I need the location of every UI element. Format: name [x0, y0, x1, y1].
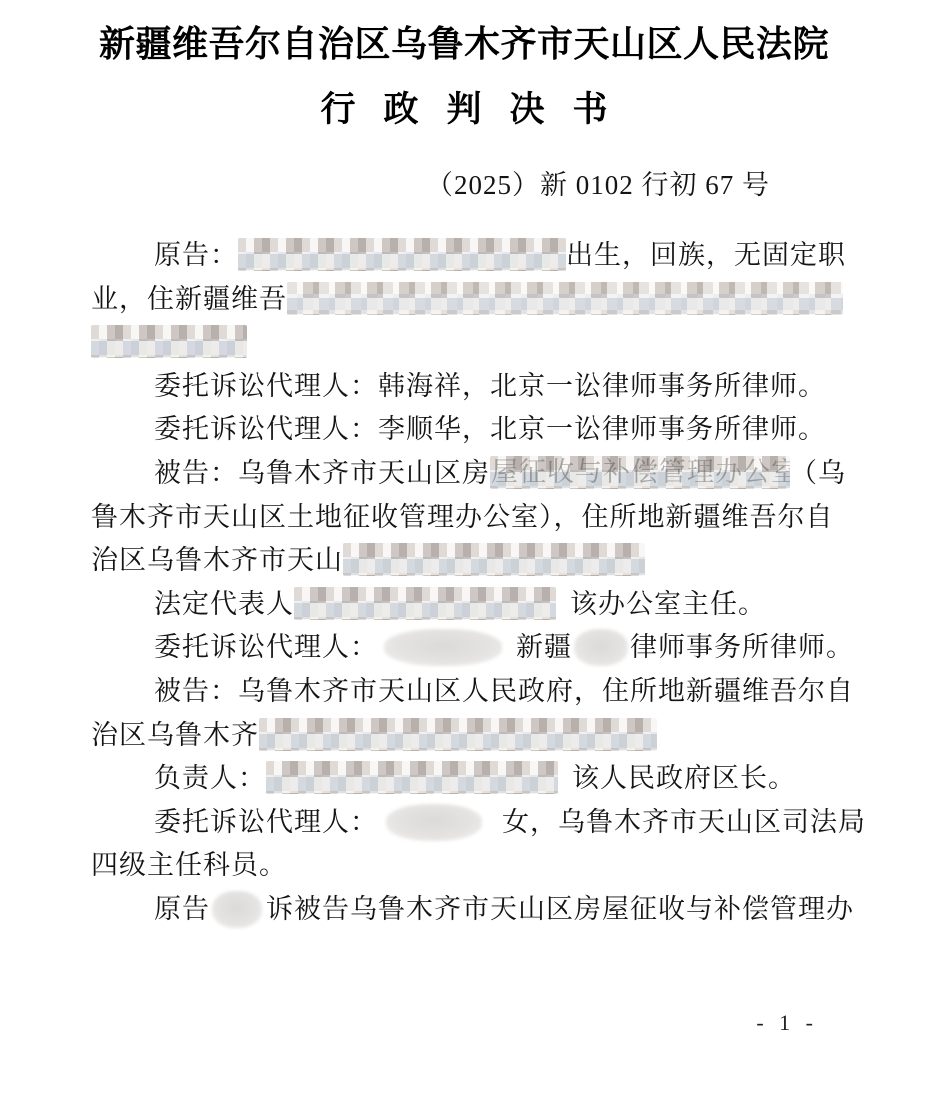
redacted-block: [384, 629, 502, 666]
line-text: 委托诉讼代理人：李顺华，北京一讼律师事务所律师。: [154, 414, 826, 444]
redacted-block: [386, 804, 482, 841]
body-line: 委托诉讼代理人：女，乌鲁木齐市天山区司法局: [91, 801, 863, 845]
line-text: 律师事务所律师。: [630, 632, 854, 662]
body-line: 委托诉讼代理人：韩海祥，北京一讼律师事务所律师。: [91, 365, 863, 409]
judgment-document-page: 新疆维吾尔自治区乌鲁木齐市天山区人民法院 行政判决书 （2025）新 0102 …: [0, 0, 928, 1096]
body-line: 被告：乌鲁木齐市天山区人民政府，住所地新疆维吾尔自: [91, 670, 863, 714]
line-text: 女，乌鲁木齐市天山区司法局: [502, 807, 866, 837]
court-name-heading: 新疆维吾尔自治区乌鲁木齐市天山区人民法院: [0, 16, 928, 67]
line-text: 被告：乌鲁木齐市天山区房: [154, 458, 490, 488]
line-text: （乌: [790, 458, 846, 488]
line-text: 治区乌鲁木齐市天山: [91, 545, 343, 575]
body-line: 被告：乌鲁木齐市天山区房屋征收与补偿管理办公室（乌: [91, 452, 863, 496]
redacted-block: [574, 629, 628, 666]
redacted-block: [91, 325, 247, 358]
redacted-ghost-text: 屋征收与补偿管理办公室: [491, 456, 790, 489]
body-line: 原告：出生，回族，无固定职: [91, 234, 863, 278]
line-text: 委托诉讼代理人：: [154, 632, 378, 662]
redacted-block: 屋征收与补偿管理办公室: [490, 456, 790, 489]
body-line: 原告诉被告乌鲁木齐市天山区房屋征收与补偿管理办: [91, 888, 863, 932]
redacted-block: [266, 761, 558, 794]
line-text: 被告：乌鲁木齐市天山区人民政府，住所地新疆维吾尔自: [154, 676, 854, 706]
document-body: 原告：出生，回族，无固定职业，住新疆维吾委托诉讼代理人：韩海祥，北京一讼律师事务…: [91, 234, 863, 932]
line-text: 鲁木齐市天山区土地征收管理办公室），住所地新疆维吾尔自: [91, 502, 834, 532]
body-line: 法定代表人该办公室主任。: [91, 583, 863, 627]
redacted-block: [238, 238, 566, 271]
body-line: 治区乌鲁木齐: [91, 714, 863, 758]
line-text: 原告: [154, 894, 210, 924]
line-text: 该人民政府区长。: [572, 763, 796, 793]
line-text: 委托诉讼代理人：韩海祥，北京一讼律师事务所律师。: [154, 371, 826, 401]
body-line: 四级主任科员。: [91, 844, 863, 888]
body-line: 委托诉讼代理人：新疆律师事务所律师。: [91, 626, 863, 670]
case-number: （2025）新 0102 行初 67 号: [426, 163, 770, 202]
body-line: 业，住新疆维吾: [91, 278, 863, 322]
line-text: 该办公室主任。: [570, 589, 766, 619]
redacted-block: [294, 587, 556, 620]
body-line: 鲁木齐市天山区土地征收管理办公室），住所地新疆维吾尔自: [91, 496, 863, 540]
line-text: 委托诉讼代理人：: [154, 807, 378, 837]
redacted-block: [212, 891, 262, 928]
line-text: 诉被告乌鲁木齐市天山区房屋征收与补偿管理办: [266, 894, 854, 924]
body-line: 委托诉讼代理人：李顺华，北京一讼律师事务所律师。: [91, 408, 863, 452]
line-text: 治区乌鲁木齐: [91, 720, 259, 750]
body-line: [91, 321, 863, 365]
redacted-block: [343, 543, 645, 576]
redacted-block: [259, 718, 657, 751]
body-line: 负责人：该人民政府区长。: [91, 757, 863, 801]
line-text: 法定代表人: [154, 589, 294, 619]
line-text: 原告：: [154, 240, 238, 270]
line-text: 出生，回族，无固定职: [566, 240, 846, 270]
redacted-block: [287, 282, 843, 315]
line-text: 四级主任科员。: [91, 850, 287, 880]
line-text: 新疆: [516, 632, 572, 662]
line-text: 业，住新疆维吾: [91, 284, 287, 314]
page-number: - 1 -: [756, 1010, 818, 1036]
document-title: 行政判决书: [0, 82, 928, 132]
body-line: 治区乌鲁木齐市天山: [91, 539, 863, 583]
line-text: 负责人：: [154, 763, 266, 793]
